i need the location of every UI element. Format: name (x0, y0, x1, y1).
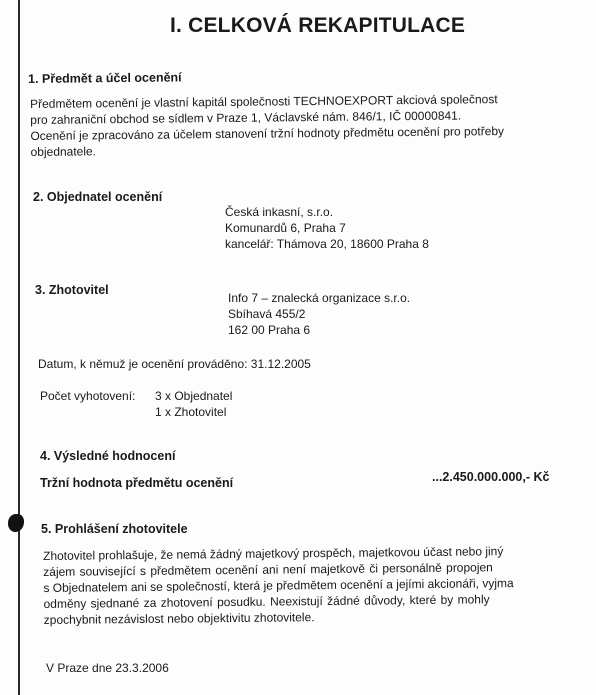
contractor-address: Info 7 – znalecká organizace s.r.o. Sbíh… (228, 290, 410, 338)
copies-list: 3 x Objednatel 1 x Zhotovitel (155, 388, 232, 420)
place-date: V Praze dne 23.3.2006 (46, 660, 169, 676)
section2-heading: 2. Objednatel ocenění (33, 190, 162, 204)
ink-blot (8, 514, 24, 532)
binding-line (18, 0, 20, 695)
copies-label: Počet vyhotovení: (40, 388, 135, 404)
scanned-page: I. CELKOVÁ REKAPITULACE 1. Předmět a úče… (0, 0, 596, 695)
section5-heading: 5. Prohlášení zhotovitele (41, 522, 188, 536)
section3-heading: 3. Zhotovitel (35, 283, 109, 297)
ordering-party-address: Česká inkasní, s.r.o. Komunardů 6, Praha… (225, 204, 429, 252)
section1-body: Předmětem ocenění je vlastní kapitál spo… (30, 91, 504, 160)
market-value: ...2.450.000.000,- Kč (432, 470, 549, 484)
section4-heading: 4. Výsledné hodnocení (40, 449, 175, 463)
valuation-date: Datum, k němuž je ocenění prováděno: 31.… (38, 356, 311, 372)
section5-body: Zhotovitel prohlašuje, že nemá žádný maj… (43, 543, 514, 628)
page-title: I. CELKOVÁ REKAPITULACE (170, 14, 465, 38)
section1-heading: 1. Předmět a účel ocenění (28, 70, 182, 86)
market-value-label: Tržní hodnota předmětu ocenění (40, 476, 233, 490)
